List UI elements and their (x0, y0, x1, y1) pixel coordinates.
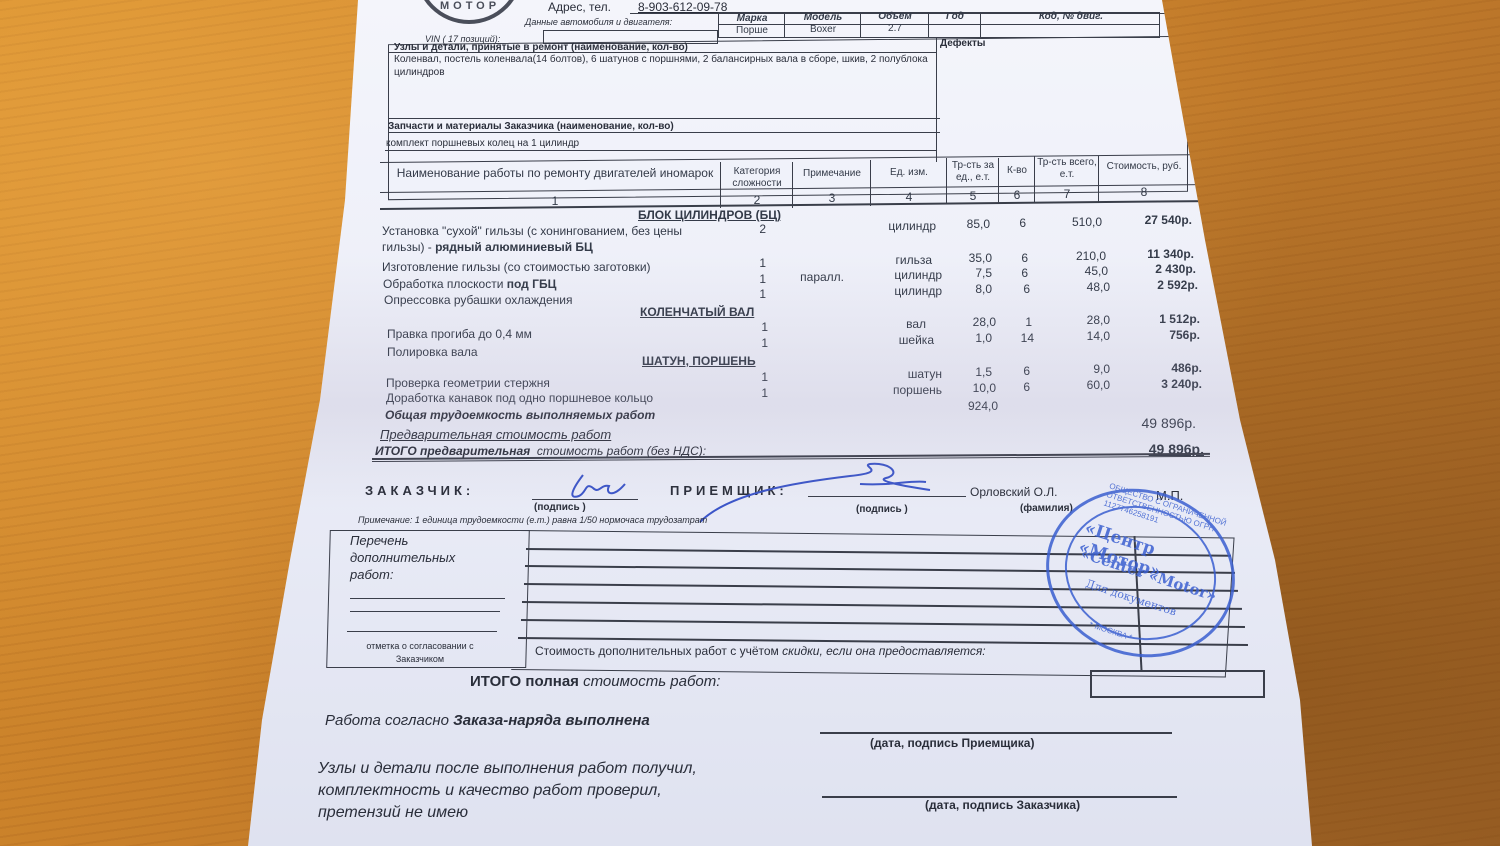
row-name: Доработка канавок под одно поршневое кол… (386, 391, 653, 405)
work-order-paper: МОТОР Адрес, тел. 8-903-612-09-78 Данные… (0, 0, 1500, 846)
th-num-3: 3 (794, 191, 870, 205)
total-labor-value: 924,0 (950, 399, 998, 413)
row-category: 1 (740, 287, 766, 301)
col-make: Марка (720, 13, 784, 24)
row-unit: цилиндр (880, 268, 942, 282)
phone-number: 8-903-612-09-78 (638, 0, 727, 14)
full-total-label: ИТОГО полная стоимость работ: (470, 673, 720, 690)
row-cost: 486р. (1110, 361, 1202, 375)
row-labor-total: 48,0 (1050, 280, 1110, 294)
th-num-8: 8 (1100, 185, 1188, 199)
row-category: 1 (740, 256, 766, 270)
row-qty: 1 (1004, 315, 1032, 329)
row-qty: 14 (1004, 331, 1034, 345)
th-category: Категория сложности (722, 166, 792, 190)
row-unit: цилиндр (880, 284, 942, 298)
th-labor-total: Тр-сть всего, е.т. (1036, 157, 1098, 181)
th-work-name: Наименование работы по ремонту двигателе… (390, 166, 720, 180)
row-name: Опрессовка рубашки охлаждения (384, 293, 573, 307)
row-unit: вал (880, 317, 926, 331)
row-labor-unit: 85,0 (950, 217, 990, 231)
row-cost: 11 340р. (1110, 247, 1194, 261)
row-qty: 6 (1004, 282, 1030, 296)
row-name: Проверка геометрии стержня (386, 376, 550, 390)
row-labor-total: 60,0 (1050, 378, 1110, 392)
row-labor-total: 45,0 (1050, 264, 1108, 278)
row-labor-total: 510,0 (1050, 215, 1102, 229)
row-labor-total: 9,0 (1050, 362, 1110, 376)
row-category: 1 (742, 336, 768, 350)
row-name: Обработка плоскости под ГБЦ (383, 277, 556, 291)
customer-signature (565, 470, 635, 510)
th-qty: К-во (1000, 165, 1034, 176)
row-labor-unit: 1,5 (950, 365, 992, 379)
th-note: Примечание (794, 168, 870, 179)
row-labor-unit: 10,0 (950, 381, 996, 395)
row-unit: гильза (880, 253, 932, 267)
row-category: 1 (742, 320, 768, 334)
row-unit: поршень (880, 383, 942, 397)
defects-label: Дефекты (940, 38, 985, 49)
section-title-crankshaft: КОЛЕНЧАТЫЙ ВАЛ (640, 305, 754, 319)
row-labor-unit: 7,5 (950, 266, 992, 280)
row-qty: 6 (1004, 216, 1026, 230)
row-category: 2 (740, 222, 766, 236)
th-num-7: 7 (1036, 187, 1098, 201)
col-model: Модель (786, 12, 860, 23)
full-total-value-box (1090, 670, 1265, 698)
work-completed-text: Работа согласно Заказа-наряда выполнена (325, 712, 650, 729)
row-qty: 6 (1004, 380, 1030, 394)
row-cost: 27 540р. (1110, 213, 1192, 227)
row-labor-unit: 8,0 (950, 282, 992, 296)
row-cost: 1 512р. (1110, 312, 1200, 326)
additional-works-title: Перечень дополнительных работ: (350, 532, 455, 583)
row-qty: 6 (1004, 364, 1030, 378)
row-unit: цилиндр (880, 219, 936, 233)
value-make: Порше (720, 25, 784, 36)
th-num-2: 2 (722, 193, 792, 207)
receiver-name: Орловский О.Л. (970, 485, 1058, 499)
value-model: Boxer (786, 24, 860, 35)
discount-label: Стоимость дополнительных работ с учётом … (535, 644, 986, 658)
th-unit: Ед. изм. (872, 167, 946, 178)
row-labor-unit: 35,0 (950, 251, 992, 265)
customer-label: ЗАКАЗЧИК: (365, 483, 474, 498)
logo-text: МОТОР (440, 0, 500, 12)
row-qty: 6 (1004, 251, 1028, 265)
receiver-date-signature-caption: (дата, подпись Приемщика) (870, 736, 1034, 750)
total-labor-label: Общая трудоемкость выполняемых работ (385, 408, 655, 422)
parts-received-text: Коленвал, постель коленвала(14 болтов), … (394, 53, 934, 79)
row-cost: 2 592р. (1110, 278, 1198, 292)
address-label: Адрес, тел. (548, 0, 611, 14)
row-category: 1 (742, 386, 768, 400)
row-name: Изготовление гильзы (со стоимостью загот… (382, 260, 651, 274)
th-cost: Стоимость, руб. (1100, 161, 1188, 172)
col-year: Год (930, 11, 980, 22)
row-cost: 756р. (1110, 328, 1200, 342)
th-num-5: 5 (948, 189, 998, 203)
row-name: Установка "сухой" гильзы (с хонингование… (382, 224, 682, 238)
row-unit: шатун (880, 367, 942, 381)
row-labor-total: 28,0 (1050, 313, 1110, 327)
row-labor-unit: 1,0 (950, 331, 992, 345)
row-cost: 2 430р. (1110, 262, 1196, 276)
row-note: паралл. (796, 270, 844, 284)
th-labor-unit: Тр-сть за ед., е.т. (948, 160, 998, 184)
labor-unit-note: Примечание: 1 единица трудоемкости (е.т.… (358, 515, 707, 525)
section-title-conrod-piston: ШАТУН, ПОРШЕНЬ (642, 354, 756, 368)
col-volume: Объем (862, 11, 928, 22)
receiver-signature (690, 462, 960, 532)
row-category: 1 (742, 370, 768, 384)
th-num-1: 1 (390, 194, 720, 208)
vehicle-label: Данные автомобиля и двигателя: (525, 17, 672, 27)
approval-caption: отметка о согласовании с Заказчиком (345, 640, 495, 666)
row-labor-total: 210,0 (1050, 249, 1106, 263)
row-unit: шейка (880, 333, 934, 347)
row-cost: 3 240р. (1110, 377, 1202, 391)
row-name-line2: гильзы) - рядный алюминиевый БЦ (382, 240, 593, 254)
section-title-cylinder-block: БЛОК ЦИЛИНДРОВ (БЦ) (638, 208, 781, 222)
row-labor-total: 14,0 (1050, 329, 1110, 343)
prelim-cost-value: 49 896р. (1100, 415, 1196, 431)
row-name: Правка прогиба до 0,4 мм (387, 327, 532, 341)
customer-parts-text: комплект поршневых колец на 1 цилиндр (386, 138, 579, 149)
row-qty: 6 (1004, 266, 1028, 280)
received-statement: Узлы и детали после выполнения работ пол… (318, 758, 697, 824)
row-labor-unit: 28,0 (950, 315, 996, 329)
customer-parts-title: Запчасти и материалы Заказчика (наименов… (388, 121, 674, 132)
th-num-6: 6 (1000, 188, 1034, 202)
th-num-4: 4 (872, 190, 946, 204)
col-engine-code: Код, № двиг. (982, 11, 1160, 22)
surname-caption: (фамилия) (1020, 503, 1073, 514)
row-category: 1 (740, 272, 766, 286)
customer-date-signature-caption: (дата, подпись Заказчика) (925, 798, 1080, 812)
parts-received-title: Узлы и детали, принятые в ремонт (наимен… (394, 42, 688, 53)
value-volume: 2.7 (862, 23, 928, 34)
prelim-cost-label: Предварительная стоимость работ (380, 427, 611, 442)
row-name: Полировка вала (387, 345, 478, 359)
